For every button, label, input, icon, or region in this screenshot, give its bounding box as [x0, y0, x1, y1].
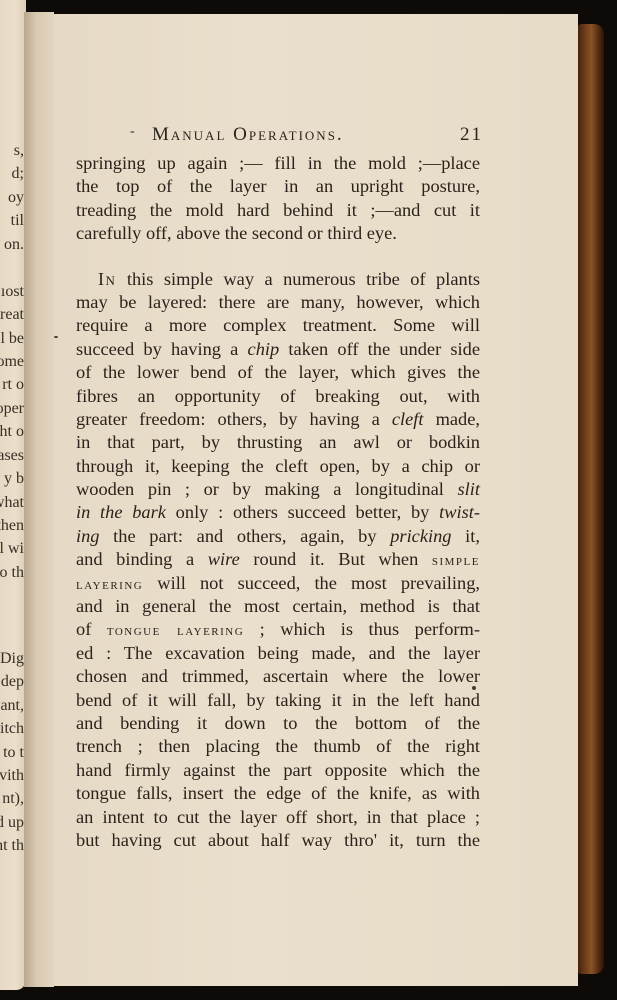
- drop-cap-word: In: [98, 269, 116, 289]
- running-title: Manual Operations.: [152, 124, 344, 146]
- left-page-text-fragment: oy: [8, 189, 24, 207]
- italic-term: in the bark: [76, 502, 166, 522]
- left-page-text-fragment: on.: [4, 236, 24, 254]
- text-line: may be layered: there are many, however,…: [76, 291, 480, 314]
- left-page-text-fragment: ant,: [0, 697, 24, 715]
- left-page-text-fragment: Dig: [0, 650, 24, 668]
- text-span: it,: [452, 526, 480, 546]
- text-span: this simple way a numerous tribe of plan…: [116, 269, 480, 289]
- left-page-text-fragment: dep: [1, 673, 24, 691]
- text-span: only : others succeed better, by: [166, 502, 439, 522]
- text-span: made,: [424, 409, 480, 429]
- text-line: in the bark only : others succeed better…: [76, 501, 480, 524]
- left-page-text-fragment: ht o: [0, 423, 24, 441]
- text-line: of the lower bend of the layer, which gi…: [76, 361, 480, 384]
- ornament-dash: -: [130, 124, 137, 140]
- text-line: require a more complex treatment. Some w…: [76, 314, 480, 337]
- left-page-text-fragment: reat: [0, 306, 24, 324]
- italic-term: slit: [458, 479, 481, 499]
- left-page-text-fragment: oper: [0, 400, 24, 418]
- left-page-text-fragment: o th: [0, 564, 24, 582]
- left-page-text-fragment: ıost: [1, 283, 24, 301]
- text-line: layering will not succeed, the most prev…: [76, 572, 480, 595]
- paragraph-1: springing up again ;— fill in the mold ;…: [76, 152, 480, 246]
- left-page-text-fragment: nt),: [2, 790, 24, 808]
- italic-term: wire: [208, 549, 240, 569]
- text-line: and bending it down to the bottom of the: [76, 712, 480, 735]
- small-caps-term: simple: [432, 553, 480, 569]
- page-gutter-shadow: [24, 12, 54, 987]
- text-line: springing up again ;— fill in the mold ;…: [76, 152, 480, 175]
- page-text: springing up again ;— fill in the mold ;…: [76, 152, 480, 852]
- left-page-text-fragment: ome: [0, 353, 24, 371]
- text-span: the part: and others, again, by: [100, 526, 391, 546]
- left-page-text-fragment: d up: [0, 814, 24, 832]
- left-page-text-fragment: til: [11, 212, 24, 230]
- left-page-text-fragment: ases: [0, 447, 24, 465]
- leather-book-edge: [576, 24, 604, 974]
- left-page-text-fragment: nt th: [0, 837, 24, 855]
- text-span: ; which is thus perform-: [244, 619, 480, 639]
- text-line: carefully off, above the second or third…: [76, 222, 480, 245]
- page-number: 21: [460, 124, 483, 146]
- text-line: and in general the most certain, method …: [76, 595, 480, 618]
- text-line: in that part, by thrusting an awl or bod…: [76, 431, 480, 454]
- text-line: tongue falls, insert the edge of the kni…: [76, 782, 480, 805]
- text-line: through it, keeping the cleft open, by a…: [76, 455, 480, 478]
- text-span: wooden pin ; or by making a longitudinal: [76, 479, 458, 499]
- text-line: ing the part: and others, again, by pric…: [76, 525, 480, 548]
- text-line: greater freedom: others, by having a cle…: [76, 408, 480, 431]
- text-line: succeed by having a chip taken off the u…: [76, 338, 480, 361]
- left-page-text-fragment: then: [0, 517, 24, 535]
- text-line: the top of the layer in an upright postu…: [76, 175, 480, 198]
- left-page-text-fragment: what: [0, 494, 24, 512]
- text-line: wooden pin ; or by making a longitudinal…: [76, 478, 480, 501]
- paper-speck: [54, 336, 58, 338]
- text-span: succeed by having a: [76, 339, 248, 359]
- small-caps-term: tongue layering: [107, 623, 244, 639]
- left-page-text-fragment: rt o: [2, 376, 24, 394]
- italic-term: chip: [248, 339, 280, 359]
- text-line: chosen and trimmed, ascertain where the …: [76, 665, 480, 688]
- left-page-text-fragment: s,: [14, 142, 24, 160]
- text-span: taken off the under side: [279, 339, 480, 359]
- facing-left-page: s,d;oytilon.ıostreatl beomert ooperht oa…: [0, 0, 26, 990]
- left-page-text-fragment: vith: [0, 767, 24, 785]
- small-caps-term: layering: [76, 577, 143, 593]
- text-line: treading the mold hard behind it ;—and c…: [76, 199, 480, 222]
- text-line: of tongue layering ; which is thus perfo…: [76, 618, 480, 641]
- text-line: an intent to cut the layer off short, in…: [76, 806, 480, 829]
- text-line: hand firmly against the part opposite wh…: [76, 759, 480, 782]
- text-line: trench ; then placing the thumb of the r…: [76, 735, 480, 758]
- italic-term: twist-: [439, 502, 480, 522]
- text-span: will not succeed, the most prevailing,: [143, 573, 480, 593]
- italic-term: cleft: [392, 409, 424, 429]
- italic-term: ing: [76, 526, 100, 546]
- text-line: In this simple way a numerous tribe of p…: [76, 268, 480, 291]
- left-page-text-fragment: l be: [0, 330, 24, 348]
- left-page-text-fragment: itch: [0, 720, 24, 738]
- italic-term: pricking: [390, 526, 451, 546]
- left-page-text-fragment: y b: [4, 470, 24, 488]
- text-line: fibres an opportunity of breaking out, w…: [76, 385, 480, 408]
- text-line: ed : The excavation being made, and the …: [76, 642, 480, 665]
- text-line: bend of it will fall, by taking it in th…: [76, 689, 480, 712]
- text-span: and binding a: [76, 549, 208, 569]
- left-page-text-fragment: to t: [3, 744, 24, 762]
- paragraph-2: In this simple way a numerous tribe of p…: [76, 268, 480, 853]
- text-line: and binding a wire round it. But when si…: [76, 548, 480, 571]
- text-span: of: [76, 619, 107, 639]
- text-line: but having cut about half way thro' it, …: [76, 829, 480, 852]
- left-page-text-fragment: l wi: [0, 540, 24, 558]
- text-span: greater freedom: others, by having a: [76, 409, 392, 429]
- left-page-text-fragment: d;: [12, 165, 24, 183]
- text-span: round it. But when: [240, 549, 432, 569]
